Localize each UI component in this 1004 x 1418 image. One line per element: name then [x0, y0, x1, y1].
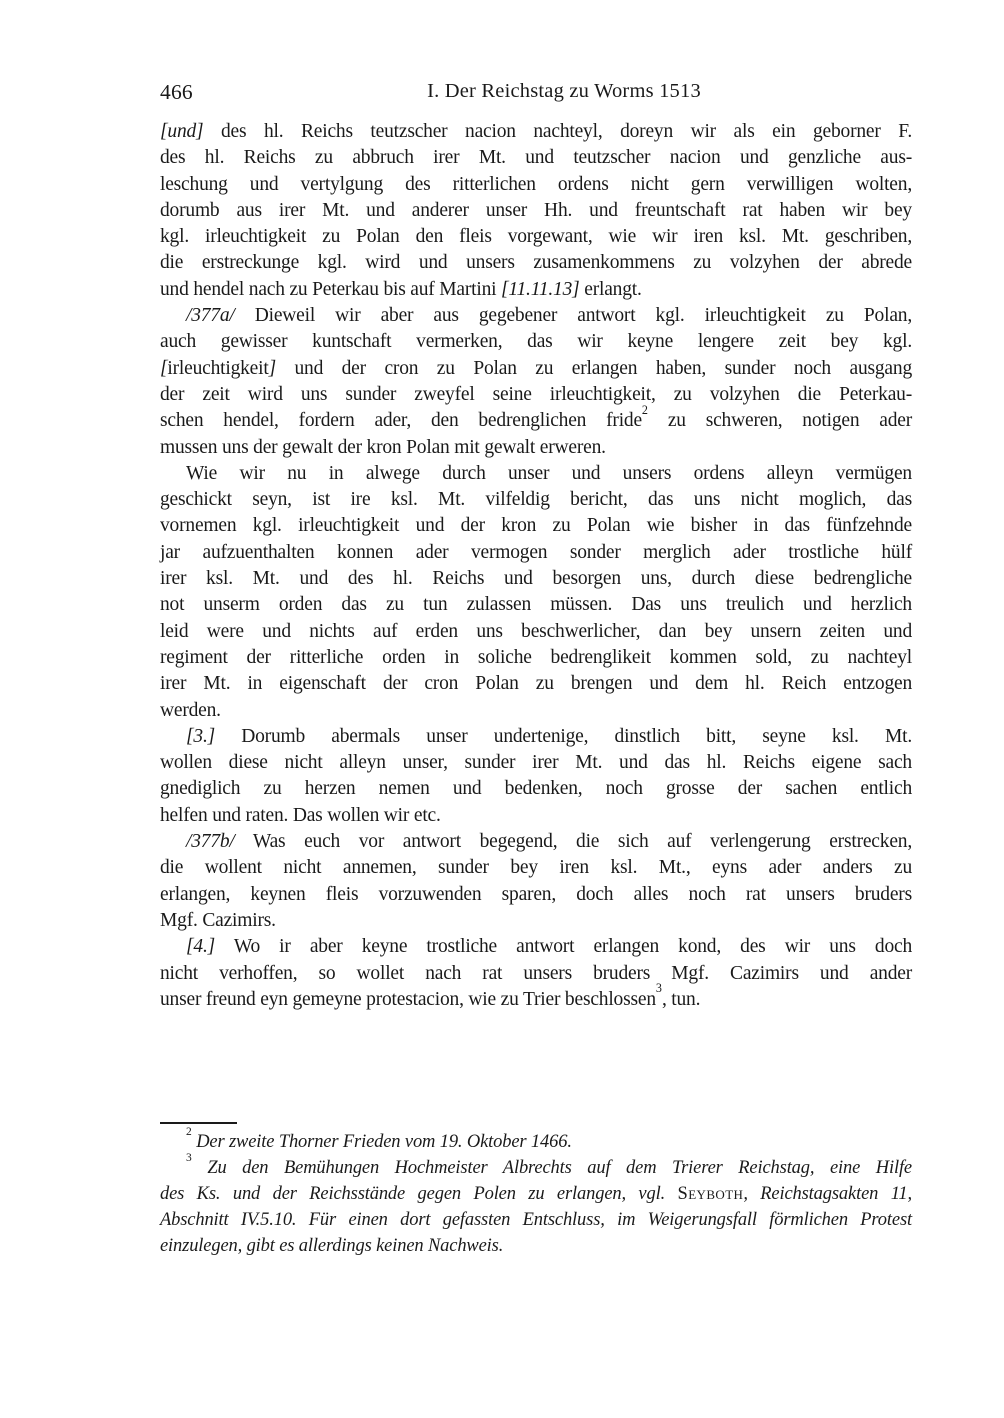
- text-run: die erstreckunge kgl. wird und unsers zu…: [160, 252, 912, 273]
- footnote-reference: 3: [656, 981, 662, 995]
- text-line: gnediglich zu herzen nemen und bedenken,…: [160, 776, 912, 802]
- text-run: der zeit wird uns sunder zweyfel seine i…: [160, 384, 912, 405]
- text-run: schen hendel, fordern ader, den bedrengl…: [160, 410, 642, 431]
- italic-run: [und]: [160, 121, 203, 142]
- text-run: mussen uns der gewalt der kron Polan mit…: [160, 437, 606, 458]
- body-paragraph: Wie wir nu in alwege durch unser und uns…: [160, 461, 912, 724]
- text-run: , Reichstagsakten 11,: [743, 1184, 912, 1204]
- text-run: des Ks. und der Reichsstände gegen Polen…: [160, 1184, 678, 1204]
- text-run: , tun.: [662, 989, 700, 1010]
- footnote-separator: [160, 1122, 237, 1124]
- document-body: [und] des hl. Reichs teutzscher nacion n…: [160, 119, 912, 1013]
- running-title: I. Der Reichstag zu Worms 1513: [188, 80, 940, 103]
- text-line: not unserm orden das zu tun zulassen müs…: [160, 592, 912, 618]
- body-paragraph: /377b/ Was euch vor antwort begegend, di…: [160, 829, 912, 934]
- text-run: helfen und raten. Das wollen wir etc.: [160, 805, 441, 826]
- italic-run: [3.]: [186, 726, 215, 747]
- text-run: Was euch vor antwort begegend, die sich …: [235, 831, 912, 852]
- text-run: kgl. irleuchtigkeit zu Polan den fleis v…: [160, 226, 912, 247]
- text-line: mussen uns der gewalt der kron Polan mit…: [160, 435, 912, 461]
- text-line: leschung und vertylgung des ritterlichen…: [160, 172, 912, 198]
- text-line: geschickt seyn, ist ire ksl. Mt. vilfeld…: [160, 487, 912, 513]
- text-run: Dieweil wir aber aus gegebener antwort k…: [235, 305, 912, 326]
- text-line: [3.] Dorumb abermals unser undertenige, …: [160, 724, 912, 750]
- footnote-line: des Ks. und der Reichsstände gegen Polen…: [160, 1181, 912, 1207]
- text-run: Dorumb abermals unser undertenige, dinst…: [215, 726, 912, 747]
- text-line: werden.: [160, 698, 912, 724]
- text-run: erlangen, keynen fleis vorzuwenden spare…: [160, 884, 912, 905]
- text-run: des hl. Reichs teutzscher nacion nachtey…: [203, 121, 912, 142]
- text-line: vornemen kgl. irleuchtigkeit und der kro…: [160, 513, 912, 539]
- text-run: vornemen kgl. irleuchtigkeit und der kro…: [160, 515, 912, 536]
- text-line: auch gewisser kuntschaft vermerken, das …: [160, 329, 912, 355]
- text-run: irer Mt. in eigenschaft der cron Polan z…: [160, 673, 912, 694]
- text-line: [4.] Wo ir aber keyne trostliche antwort…: [160, 934, 912, 960]
- footnote-list: 2 Der zweite Thorner Frieden vom 19. Okt…: [160, 1129, 912, 1259]
- text-line: kgl. irleuchtigkeit zu Polan den fleis v…: [160, 224, 912, 250]
- text-run: regiment der ritterliche orden in solich…: [160, 647, 912, 668]
- italic-run: [11.11.13]: [501, 279, 580, 300]
- text-line: irer Mt. in eigenschaft der cron Polan z…: [160, 671, 912, 697]
- text-run: die wollent nicht annemen, sunder bey ir…: [160, 857, 912, 878]
- footnote-line: 3 Zu den Bemühungen Hochmeister Albrecht…: [160, 1155, 912, 1181]
- text-run: Zu den Bemühungen Hochmeister Albrechts …: [192, 1158, 912, 1178]
- footnote-reference: 3: [186, 1152, 192, 1164]
- text-run: einzulegen, gibt es allerdings keinen Na…: [160, 1236, 503, 1256]
- text-line: /377a/ Dieweil wir aber aus gegebener an…: [160, 303, 912, 329]
- text-run: not unserm orden das zu tun zulassen müs…: [160, 594, 912, 615]
- text-line: nicht verhoffen, so wollet nach rat unse…: [160, 961, 912, 987]
- text-run: jar aufzuenthalten konnen ader vermogen …: [160, 542, 912, 563]
- italic-run: /377b/: [186, 831, 235, 852]
- italic-run: /377a/: [186, 305, 235, 326]
- text-run: leschung und vertylgung des ritterlichen…: [160, 174, 912, 195]
- text-line: /377b/ Was euch vor antwort begegend, di…: [160, 829, 912, 855]
- text-line: wollen diese nicht alleyn unser, sunder …: [160, 750, 912, 776]
- text-line: [irleuchtigkeit] und der cron zu Polan z…: [160, 356, 912, 382]
- text-run: irer ksl. Mt. und des hl. Reichs und bes…: [160, 568, 912, 589]
- footnote: 3 Zu den Bemühungen Hochmeister Albrecht…: [160, 1155, 912, 1259]
- text-line: des hl. Reichs zu abbruch irer Mt. und t…: [160, 145, 912, 171]
- text-line: unser freund eyn gemeyne protestacion, w…: [160, 987, 912, 1013]
- text-line: der zeit wird uns sunder zweyfel seine i…: [160, 382, 912, 408]
- text-line: erlangen, keynen fleis vorzuwenden spare…: [160, 882, 912, 908]
- text-run: auch gewisser kuntschaft vermerken, das …: [160, 331, 912, 352]
- text-line: helfen und raten. Das wollen wir etc.: [160, 803, 912, 829]
- text-run: Wie wir nu in alwege durch unser und uns…: [186, 463, 912, 484]
- text-line: Mgf. Cazimirs.: [160, 908, 912, 934]
- text-line: dorumb aus irer Mt. und anderer unser Hh…: [160, 198, 912, 224]
- italic-run: [4.]: [186, 936, 215, 957]
- footnote-line: einzulegen, gibt es allerdings keinen Na…: [160, 1233, 912, 1259]
- text-line: schen hendel, fordern ader, den bedrengl…: [160, 408, 912, 434]
- text-line: regiment der ritterliche orden in solich…: [160, 645, 912, 671]
- text-line: Wie wir nu in alwege durch unser und uns…: [160, 461, 912, 487]
- text-line: und hendel nach zu Peterkau bis auf Mart…: [160, 277, 912, 303]
- footnotes-section: 2 Der zweite Thorner Frieden vom 19. Okt…: [160, 1122, 912, 1259]
- page-header: 466 I. Der Reichstag zu Worms 1513: [160, 80, 912, 106]
- text-run: des hl. Reichs zu abbruch irer Mt. und t…: [160, 147, 912, 168]
- text-line: die erstreckunge kgl. wird und unsers zu…: [160, 250, 912, 276]
- text-line: jar aufzuenthalten konnen ader vermogen …: [160, 540, 912, 566]
- text-run: nicht verhoffen, so wollet nach rat unse…: [160, 963, 912, 984]
- text-run: unser freund eyn gemeyne protestacion, w…: [160, 989, 656, 1010]
- text-run: erlangt.: [580, 279, 642, 300]
- footnote-line: 2 Der zweite Thorner Frieden vom 19. Okt…: [160, 1129, 912, 1155]
- text-line: die wollent nicht annemen, sunder bey ir…: [160, 855, 912, 881]
- body-paragraph: /377a/ Dieweil wir aber aus gegebener an…: [160, 303, 912, 461]
- text-run: geschickt seyn, ist ire ksl. Mt. vilfeld…: [160, 489, 912, 510]
- text-run: zu schweren, notigen ader: [648, 410, 912, 431]
- text-run: dorumb aus irer Mt. und anderer unser Hh…: [160, 200, 912, 221]
- footnote-reference: 2: [186, 1126, 192, 1138]
- text-run: Wo ir aber keyne trostliche antwort erla…: [215, 936, 912, 957]
- footnote-reference: 2: [642, 403, 648, 417]
- text-run: leid were und nichts auf erden uns besch…: [160, 621, 912, 642]
- text-run: und der cron zu Polan zu erlangen haben,…: [276, 358, 912, 379]
- body-paragraph: [und] des hl. Reichs teutzscher nacion n…: [160, 119, 912, 303]
- author-name-smallcaps: Seyboth: [678, 1184, 744, 1204]
- text-run: werden.: [160, 700, 221, 721]
- document-page: 466 I. Der Reichstag zu Worms 1513 [und]…: [0, 0, 1004, 1418]
- italic-run: ]: [269, 358, 276, 379]
- footnote-line: Abschnitt IV.5.10. Für einen dort gefass…: [160, 1207, 912, 1233]
- text-run: wollen diese nicht alleyn unser, sunder …: [160, 752, 912, 773]
- text-run: irleuchtigkeit: [167, 358, 268, 379]
- body-paragraph: [4.] Wo ir aber keyne trostliche antwort…: [160, 934, 912, 1013]
- text-run: Der zweite Thorner Frieden vom 19. Oktob…: [192, 1132, 572, 1152]
- text-run: gnediglich zu herzen nemen und bedenken,…: [160, 778, 912, 799]
- text-line: leid were und nichts auf erden uns besch…: [160, 619, 912, 645]
- text-run: und hendel nach zu Peterkau bis auf Mart…: [160, 279, 501, 300]
- text-line: irer ksl. Mt. und des hl. Reichs und bes…: [160, 566, 912, 592]
- text-run: Abschnitt IV.5.10. Für einen dort gefass…: [160, 1210, 912, 1230]
- body-paragraph: [3.] Dorumb abermals unser undertenige, …: [160, 724, 912, 829]
- text-line: [und] des hl. Reichs teutzscher nacion n…: [160, 119, 912, 145]
- text-run: Mgf. Cazimirs.: [160, 910, 276, 931]
- footnote: 2 Der zweite Thorner Frieden vom 19. Okt…: [160, 1129, 912, 1155]
